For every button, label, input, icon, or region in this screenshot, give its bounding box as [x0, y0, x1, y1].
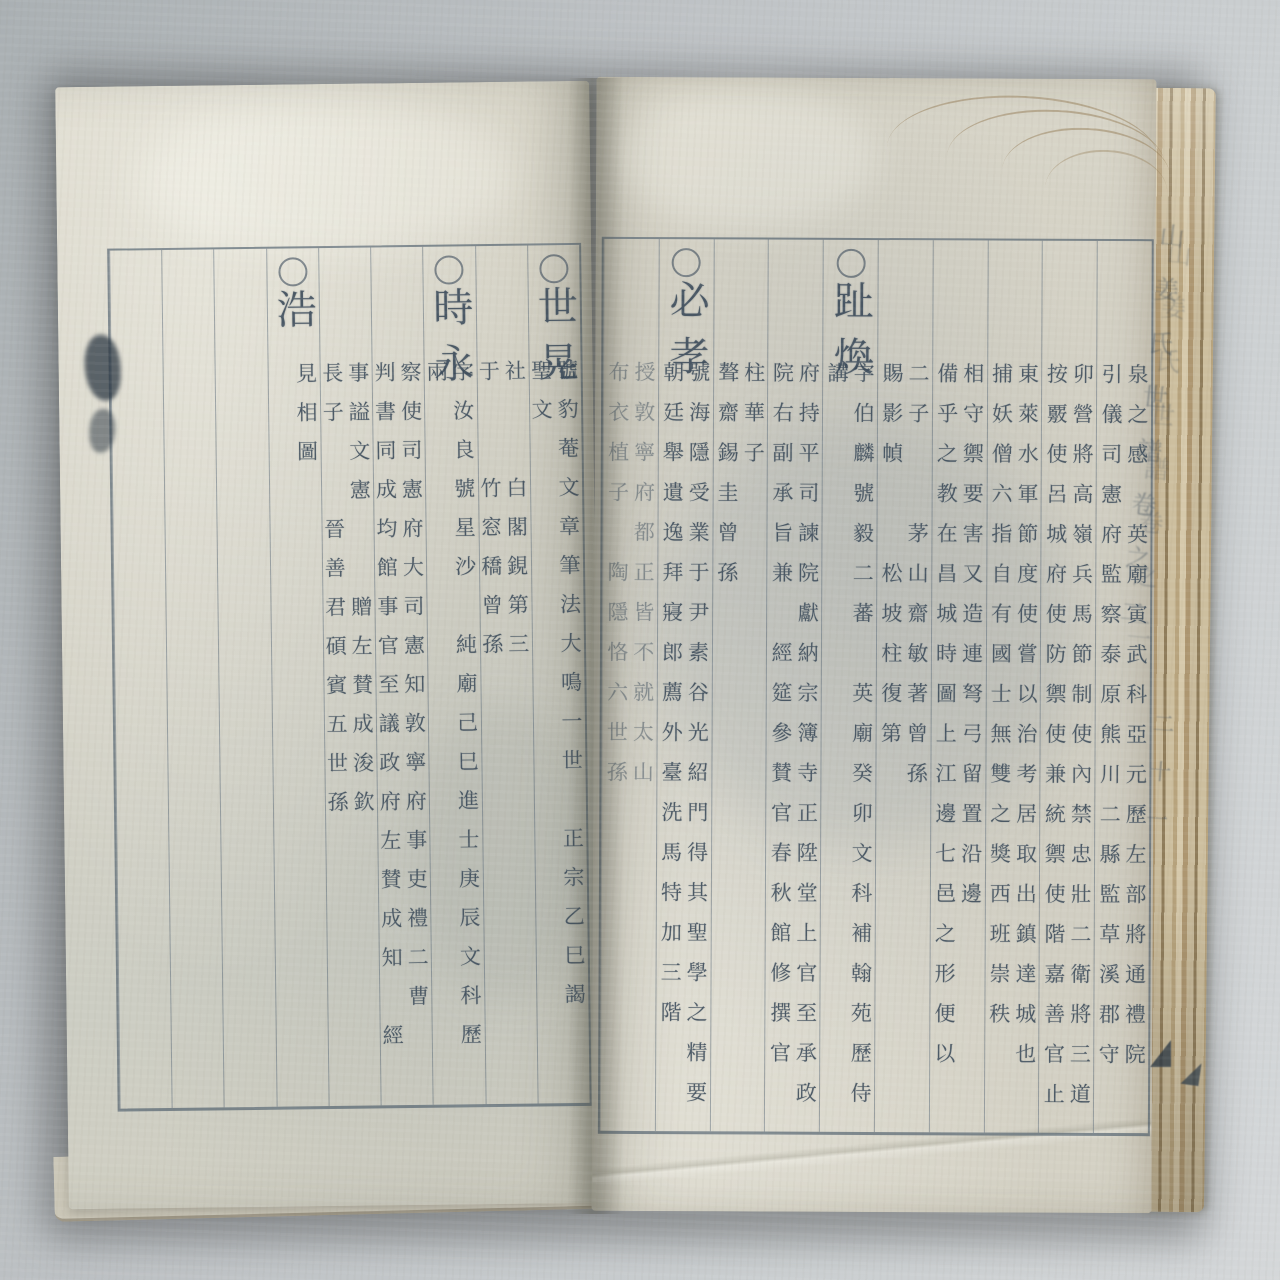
paper-highlight — [135, 102, 517, 257]
right-page: 泉之感 英廟寅武科亞元歷左部將通禮院引儀司憲府監察泰原熊川二縣監草溪郡守卯營將高… — [592, 77, 1157, 1213]
entry-text-line: 字伯麟號毅二蕃 英廟癸卯文科補翰苑歷侍講 — [821, 362, 876, 1127]
fishtail-mark-icon — [1180, 1061, 1201, 1086]
entry-circle-marker — [539, 254, 568, 283]
genealogy-column — [214, 249, 277, 1108]
genealogy-column — [161, 249, 224, 1108]
entry-text-block: 社 白閣鋧第三于 竹窓穚曾孫 — [475, 360, 536, 1100]
genealogy-column: 相守禦要害又造連弩弓留置沿邊備乎之教在昌城時圖上江邊七邑之形便以 — [929, 240, 988, 1132]
entry-text-block: 察使司憲府大司憲知敦寧府事吏禮二曹判書同成均館事官至議政府左賛成知 經筵 — [370, 361, 432, 1101]
entry-text-block: 字汝良號星沙 純廟己巳進士庚辰文科歷兩司玉署承政院同副承旨弘文館副提學忠清觀 — [422, 360, 484, 1100]
entry-text-block: 府持平司諫院獻納宗簿寺正陞堂上官至承政院右副承旨兼 經筵參賛官春秋館修撰官 — [766, 362, 821, 1127]
entry-text-line: 二子 茅山齋敏著曾孫 — [902, 362, 931, 1127]
left-page-columns: 世晃號豹菴文章筆法大鳴一世 正宗乙巳謁 聖文科累歷清要官至漢城判尹原任工曹判書八… — [109, 245, 589, 1109]
gutter-shadow — [568, 78, 624, 1214]
entry-text-line: 相守禦要害又造連弩弓留置沿邊 — [957, 362, 986, 1127]
entry-circle-marker — [435, 255, 464, 284]
entry-text-line: 字汝良號星沙 純廟己巳進士庚辰文科歷兩 — [423, 360, 484, 1100]
entry-text-block: 事謚文憲 贈左賛成浚欽長子 晉善君碩賓五世孫 — [319, 361, 380, 1101]
entry-text-block: 東萊水軍節度使嘗以治考居取出鎮達城也捕妖僧六指自有國士無雙之獎西班崇秩 — [985, 362, 1040, 1127]
entry-text-line: 號海隱受業于尹素谷光紹門得其聖學之精要 — [683, 361, 712, 1126]
left-page: 世晃號豹菴文章筆法大鳴一世 正宗乙巳謁 聖文科累歷清要官至漢城判尹原任工曹判書八… — [55, 81, 603, 1209]
left-page-ruled-frame: 世晃號豹菴文章筆法大鳴一世 正宗乙巳謁 聖文科累歷清要官至漢城判尹原任工曹判書八… — [107, 243, 592, 1112]
genealogy-column: 二子 茅山齋敏著曾孫賜影幀 松坡柱復第 — [874, 240, 933, 1132]
genealogy-column: 東萊水軍節度使嘗以治考居取出鎮達城也捕妖僧六指自有國士無雙之獎西班崇秩 — [983, 240, 1042, 1132]
paper-highlight — [616, 87, 877, 228]
genealogy-column: 卯營將高嶺兵馬節制使內禁忠壯二衛將三道按覈使呂城府使防禦使兼統禦使階嘉善官止 — [1038, 241, 1097, 1133]
entry-text-block: 相守禦要害又造連弩弓留置沿邊備乎之教在昌城時圖上江邊七邑之形便以 — [931, 362, 986, 1127]
entry-circle-marker — [278, 257, 307, 286]
genealogy-column: 府持平司諫院獻納宗簿寺正陞堂上官至承政院右副承旨兼 經筵參賛官春秋館修撰官 — [764, 240, 823, 1132]
genealogy-column: 柱華子聱齋錫圭曾孫 — [710, 239, 769, 1131]
photo-open-genealogy-book: 世晃號豹菴文章筆法大鳴一世 正宗乙巳謁 聖文科累歷清要官至漢城判尹原任工曹判書八… — [0, 0, 1280, 1280]
right-page-columns: 泉之感 英廟寅武科亞元歷左部將通禮院引儀司憲府監察泰原熊川二縣監草溪郡守卯營將高… — [600, 239, 1152, 1133]
genealogy-column: 時永字汝良號星沙 純廟己巳進士庚辰文科歷兩司玉署承政院同副承旨弘文館副提學忠清觀 — [422, 246, 485, 1105]
entry-text-line: 賜影幀 松坡柱復第 — [876, 362, 905, 1127]
entry-text-line: 引儀司憲府監察泰原熊川二縣監草溪郡守 — [1095, 363, 1124, 1128]
entry-text-line: 府持平司諫院獻納宗簿寺正陞堂上官至承政 — [792, 362, 821, 1127]
entry-text-line: 院右副承旨兼 經筵參賛官春秋館修撰官 — [766, 362, 795, 1127]
right-page-ruled-frame: 泉之感 英廟寅武科亞元歷左部將通禮院引儀司憲府監察泰原熊川二縣監草溪郡守卯營將高… — [598, 237, 1154, 1136]
entry-text-line: 捕妖僧六指自有國士無雙之獎西班崇秩 — [985, 362, 1014, 1127]
genealogy-column: 事謚文憲 贈左賛成浚欽長子 晉善君碩賓五世孫 — [318, 247, 381, 1106]
entry-text-block: 柱華子聱齋錫圭曾孫 — [711, 361, 766, 1126]
entry-text-line: 按覈使呂城府使防禦使兼統禦使階嘉善官止 — [1040, 363, 1069, 1128]
genealogy-column: 社 白閣鋧第三于 竹窓穚曾孫 — [475, 246, 538, 1105]
entry-name: 浩 — [270, 288, 317, 345]
entry-text-line: 卯營將高嶺兵馬節制使內禁忠壯二衛將三道 — [1066, 363, 1095, 1128]
entry-circle-marker — [672, 248, 701, 277]
entry-text-block: 字伯麟號毅二蕃 英廟癸卯文科補翰苑歷侍講院說書吏刑二曹佐郎靈山縣監弘文修撰擢司憲 — [819, 362, 876, 1127]
entry-text-line: 聱齋錫圭曾孫 — [711, 361, 740, 1126]
fishtail-mark-icon — [1150, 1040, 1171, 1067]
entry-text-line: 備乎之教在昌城時圖上江邊七邑之形便以 — [931, 362, 960, 1127]
genealogy-column: 察使司憲府大司憲知敦寧府事吏禮二曹判書同成均館事官至議政府左賛成知 經筵 — [370, 247, 433, 1106]
entry-text-block: 卯營將高嶺兵馬節制使內禁忠壯二衛將三道按覈使呂城府使防禦使兼統禦使階嘉善官止 — [1040, 363, 1095, 1128]
entry-text-line: 授敦寧府都正皆不就太山 — [628, 361, 657, 1126]
entry-text-line: 柱華子 — [737, 361, 766, 1126]
entry-text-line: 東萊水軍節度使嘗以治考居取出鎮達城也 — [1011, 363, 1040, 1128]
entry-text-line: 朝廷舉遺逸拜寢郎薦外臺洗馬特加三階 — [657, 361, 686, 1126]
genealogy-column: 浩見相圖 — [266, 248, 329, 1107]
entry-text-block: 號海隱受業于尹素谷光紹門得其聖學之精要朝廷舉遺逸拜寢郎薦外臺洗馬特加三階 — [657, 361, 712, 1126]
entry-text-block: 二子 茅山齋敏著曾孫賜影幀 松坡柱復第 — [876, 362, 931, 1127]
entry-circle-marker — [836, 249, 865, 278]
genealogy-column: 必孝號海隱受業于尹素谷光紹門得其聖學之精要朝廷舉遺逸拜寢郎薦外臺洗馬特加三階 — [655, 239, 714, 1131]
genealogy-column: 趾煥字伯麟號毅二蕃 英廟癸卯文科補翰苑歷侍講院說書吏刑二曹佐郎靈山縣監弘文修撰擢… — [819, 240, 878, 1132]
